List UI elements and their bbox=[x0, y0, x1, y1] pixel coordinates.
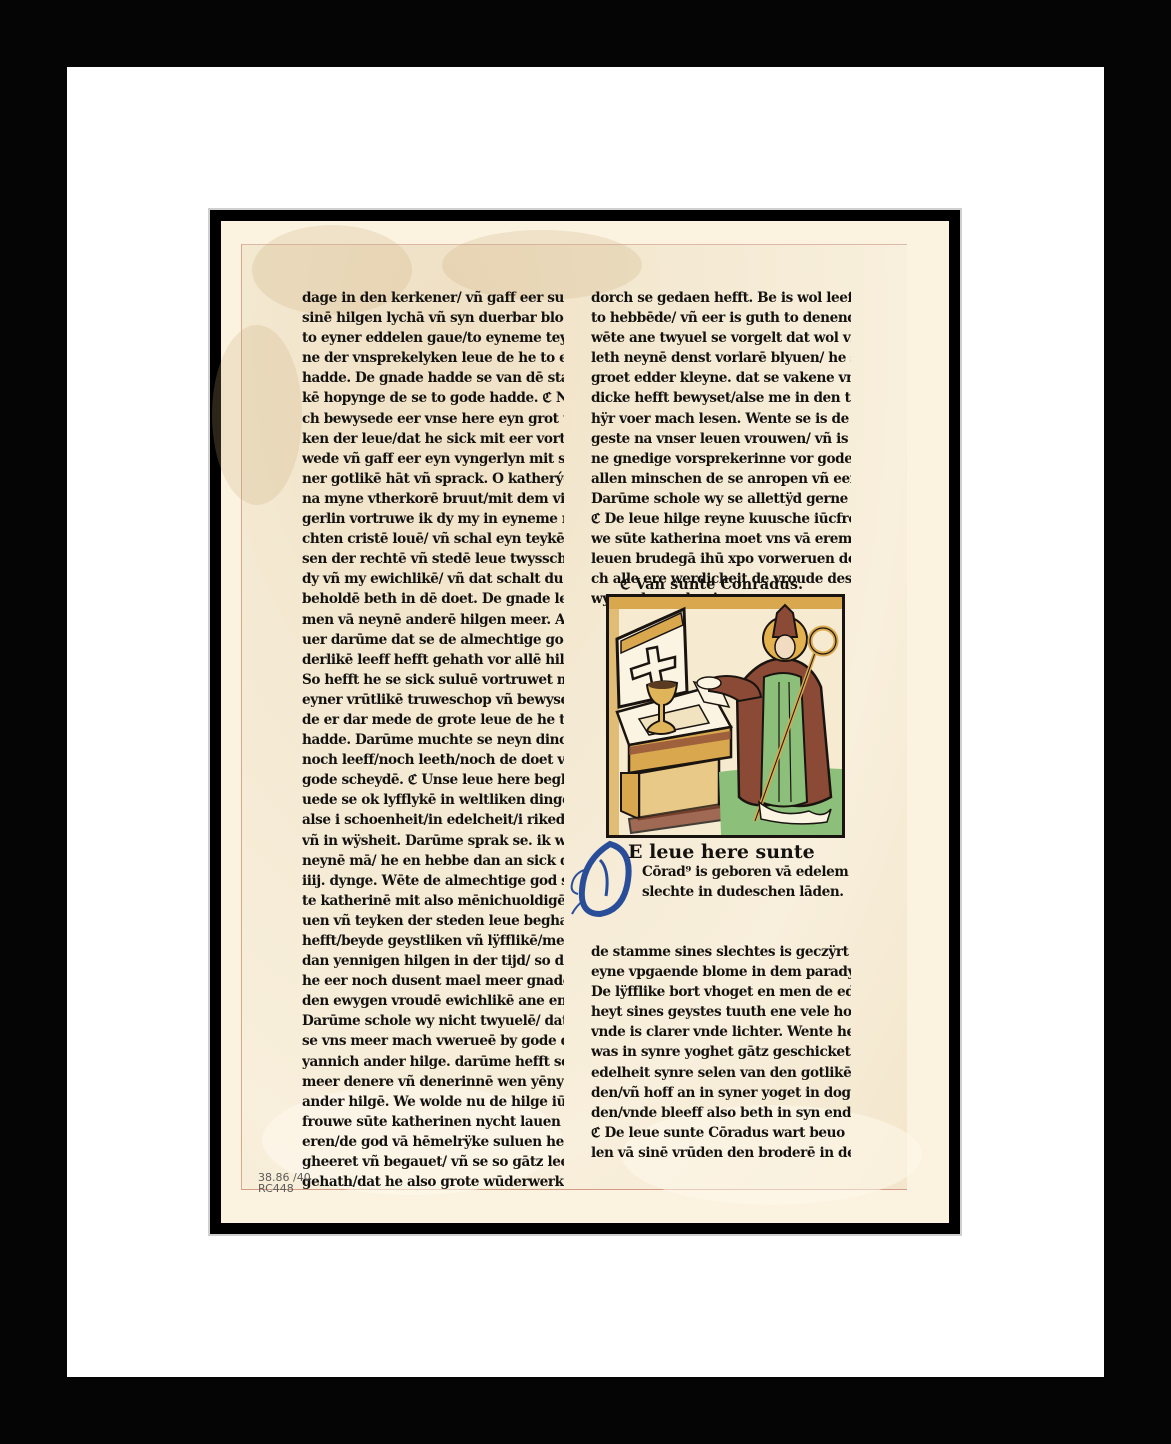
text-line: heyt sines geystes tuuth ene vele hoger bbox=[591, 1002, 851, 1022]
saint-conrad-woodcut-icon bbox=[609, 597, 842, 835]
text-line: vnde is clarer vnde lichter. Wente he bbox=[591, 1022, 851, 1042]
text-line: he eer noch dusent mael meer gnadē in bbox=[302, 971, 564, 991]
text-line: Cōrad⁹ is geboren vā edelem bbox=[590, 862, 852, 882]
text-line: we sūte katherina moet vns vā ereme bbox=[591, 529, 851, 549]
text-line: iiij. dynge. Wēte de almechtige god sun bbox=[302, 871, 564, 891]
text-line: So hefft he se sick suluē vortruwet mit bbox=[302, 670, 564, 690]
text-line: sinē hilgen lychā vñ syn duerbar bloet bbox=[302, 308, 564, 328]
text-line: wede vñ gaff eer eyn vyngerlyn mit si bbox=[302, 449, 564, 469]
text-line: De lÿfflike bort vhoget en men de edel bbox=[591, 982, 851, 1002]
text-line: frouwe sūte katherinen nycht lauen vñ bbox=[302, 1112, 564, 1132]
text-line: slechte in dudeschen lāden. vñ bbox=[590, 882, 852, 902]
text-line: edelheit synre selen van den gotlikē gna bbox=[591, 1063, 851, 1083]
right-text-column-bottom: de stamme sines slechtes is geczÿrt alse… bbox=[591, 942, 851, 1163]
text-line: gheeret vñ begauet/ vñ se so gātz leeff bbox=[302, 1152, 564, 1172]
text-line: geste na vnser leuen vrouwen/ vñ is ey bbox=[591, 429, 851, 449]
text-line: to eyner eddelen gaue/to eyneme teyke bbox=[302, 328, 564, 348]
catalog-number: 38.86 /40 RC448 bbox=[258, 1172, 311, 1194]
text-line: Darūme schole wy nicht twyuelē/ dat bbox=[302, 1011, 564, 1031]
text-line: allen minschen de se anropen vñ eeren. bbox=[591, 469, 851, 489]
text-line: neynē mā/ he en hebbe dan an sick de bbox=[302, 851, 564, 871]
text-line: gehath/dat he also grote wūderwerke bbox=[302, 1172, 564, 1192]
section-heading: ℭ Van sunte Conradus. bbox=[620, 576, 803, 593]
text-line: se vns meer mach vwerueē by gode dā bbox=[302, 1031, 564, 1051]
text-line: den ewygen vroudē ewichlikē ane ende bbox=[302, 991, 564, 1011]
text-line: wēte ane twyuel se vorgelt dat wol vñ bbox=[591, 328, 851, 348]
text-line: den/vnde bleeff also beth in syn ende. bbox=[591, 1103, 851, 1123]
text-line: was in synre yoghet gātz geschicket to bbox=[591, 1042, 851, 1062]
text-line: uer darūme dat se de almechtige god sū bbox=[302, 630, 564, 650]
text-line: de stamme sines slechtes is geczÿrt alse bbox=[591, 942, 851, 962]
text-line: len vā sinē vrūden den broderē in der bbox=[591, 1143, 851, 1163]
text-line: beholdē beth in dē doet. De gnade lest bbox=[302, 589, 564, 609]
text-line: uede se ok lyfflykē in weltliken dingen/ bbox=[302, 790, 564, 810]
text-line: ℭ De leue sunte Cōradus wart beuo bbox=[591, 1123, 851, 1143]
text-line: sen der rechtē vñ stedē leue twysschen bbox=[302, 549, 564, 569]
text-line: ander hilgē. We wolde nu de hilge iūc bbox=[302, 1092, 564, 1112]
text-line: gode scheydē. ℭ Unse leue here begha bbox=[302, 770, 564, 790]
text-line: ℭ De leue hilge reyne kuusche iūcfrou bbox=[591, 509, 851, 529]
text-line: alse i schoenheit/in edelcheit/i rikedom bbox=[302, 810, 564, 830]
text-line: vñ in wÿsheit. Darūme sprak se. ik wil bbox=[302, 831, 564, 851]
text-line: hadde. De gnade hadde se van dē star bbox=[302, 368, 564, 388]
text-line: uen vñ teyken der steden leue beghauet bbox=[302, 911, 564, 931]
text-line: hÿr voer mach lesen. Wente se is de ne bbox=[591, 409, 851, 429]
text-line: kē hopynge de se to gode hadde. ℭ No bbox=[302, 388, 564, 408]
text-line: te katherinē mit also mēnichuoldigē ga bbox=[302, 891, 564, 911]
text-line: ken der leue/dat he sick mit eer vortru- bbox=[302, 429, 564, 449]
text-line: leth neynē denst vorlarē blyuen/ he sy bbox=[591, 348, 851, 368]
text-line: dicke hefft bewyset/alse me in den teykē bbox=[591, 388, 851, 408]
text-line: derlikē leeff hefft gehath vor allē hilg… bbox=[302, 650, 564, 670]
text-line: eyne vpgaende blome in dem paradyse bbox=[591, 962, 851, 982]
text-line: dorch se gedaen hefft. Be is wol leeff bbox=[591, 288, 851, 308]
catalog-line-2: RC448 bbox=[258, 1183, 311, 1194]
text-line: eyner vrūtlikē truweschop vñ bewyse bbox=[302, 690, 564, 710]
text-line: dan yennigen hilgen in der tijd/ so deyt bbox=[302, 951, 564, 971]
text-line: men vā neynē anderē hilgen meer. A- bbox=[302, 610, 564, 630]
text-line: groet edder kleyne. dat se vakene vnde bbox=[591, 368, 851, 388]
woodcut-illustration bbox=[606, 594, 845, 838]
text-line: noch leeff/noch leeth/noch de doet van bbox=[302, 750, 564, 770]
text-line: hefft/beyde geystliken vñ lÿfflikē/meer bbox=[302, 931, 564, 951]
stain bbox=[212, 325, 302, 505]
text-line: ne gnedige vorsprekerinne vor gode/ bbox=[591, 449, 851, 469]
text-line: na myne vtherkorē bruut/mit dem vin bbox=[302, 489, 564, 509]
left-text-column: dage in den kerkener/ vñ gaff eer suluē … bbox=[302, 288, 564, 1192]
text-line: de er dar mede de grote leue de he to er bbox=[302, 710, 564, 730]
text-line: ch bewysede eer vnse here eyn grot tei bbox=[302, 409, 564, 429]
text-line: leuen brudegā ihū xpo vorweruen dor bbox=[591, 549, 851, 569]
text-line: yannich ander hilge. darūme hefft se ok bbox=[302, 1052, 564, 1072]
text-line: dage in den kerkener/ vñ gaff eer suluē bbox=[302, 288, 564, 308]
text-line: meer denere vñ denerinnē wen yēnyge bbox=[302, 1072, 564, 1092]
text-line: eren/de god vā hēmelrÿke suluen hefft bbox=[302, 1132, 564, 1152]
text-line: dy vñ my ewichlikē/ vñ dat schalt du bbox=[302, 569, 564, 589]
text-line: to hebbēde/ vñ eer is guth to denende. bbox=[591, 308, 851, 328]
text-line: ne der vnsprekelyken leue de he to eer bbox=[302, 348, 564, 368]
text-line: hadde. Darūme muchte se neyn dinck bbox=[302, 730, 564, 750]
right-text-column-top: dorch se gedaen hefft. Be is wol leeff t… bbox=[591, 288, 851, 610]
text-line: den/vñ hoff an in syner yoget in doge bbox=[591, 1083, 851, 1103]
initial-paragraph: E leue here sunte Cōrad⁹ is geboren vā e… bbox=[590, 842, 852, 902]
text-line: E leue here sunte bbox=[590, 842, 852, 862]
text-line: gerlin vortruwe ik dy my in eyneme re bbox=[302, 509, 564, 529]
text-line: Darūme schole wy se allettÿd gerne erē bbox=[591, 489, 851, 509]
text-line: ner gotlikē hāt vñ sprack. O katherý- bbox=[302, 469, 564, 489]
text-line: chten cristē louē/ vñ schal eyn teykē we bbox=[302, 529, 564, 549]
